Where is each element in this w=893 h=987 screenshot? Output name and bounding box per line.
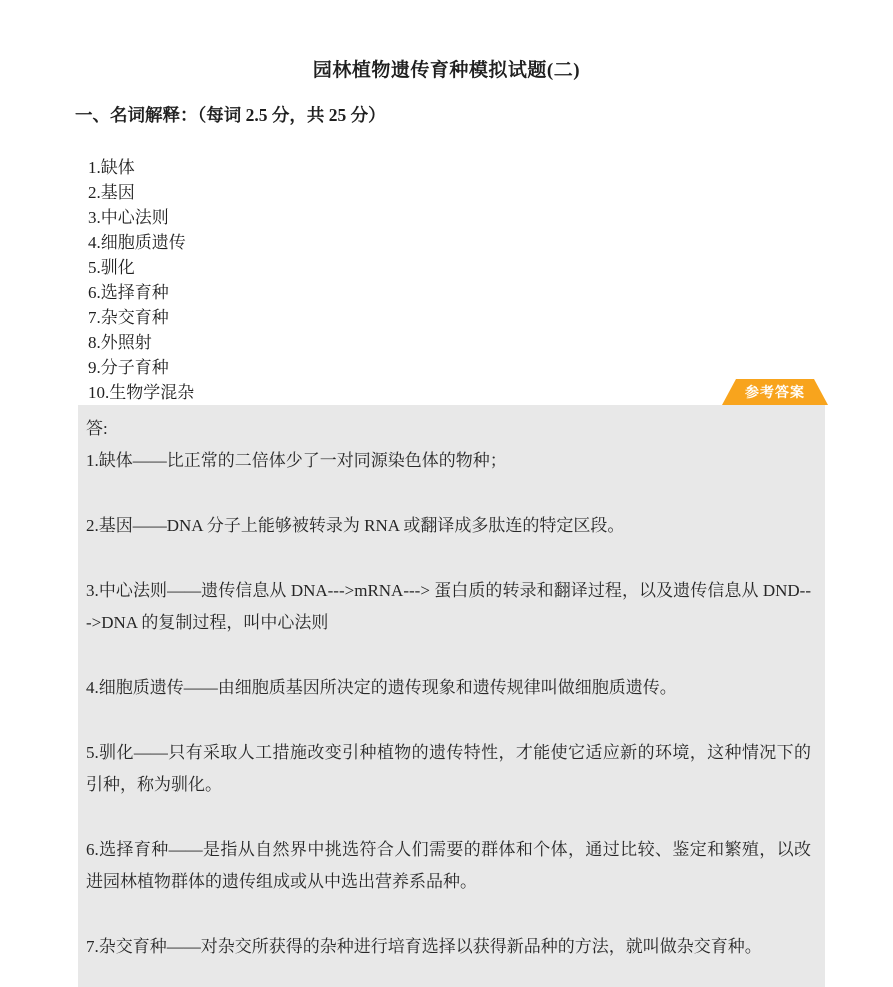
term-item: 9.分子育种 — [88, 355, 194, 380]
answer-item: 1.缺体——比正常的二倍体少了一对同源染色体的物种； — [86, 445, 811, 477]
term-item: 8.外照射 — [88, 330, 194, 355]
term-item: 7.杂交育种 — [88, 305, 194, 330]
exam-document-page: 园林植物遗传育种模拟试题(二) 一、名词解释：（每词 2.5 分，共 25 分）… — [0, 0, 893, 987]
term-item: 6.选择育种 — [88, 280, 194, 305]
answer-item: 6.选择育种——是指从自然界中挑选符合人们需要的群体和个体，通过比较、鉴定和繁殖… — [86, 834, 811, 898]
term-item: 5.驯化 — [88, 255, 194, 280]
term-item: 10.生物学混杂 — [88, 380, 194, 405]
answer-lead: 答: — [86, 413, 811, 445]
reference-answer-badge[interactable]: 参考答案 — [722, 379, 828, 405]
term-item: 3.中心法则 — [88, 205, 194, 230]
term-item: 1.缺体 — [88, 155, 194, 180]
answer-item: 4.细胞质遗传——由细胞质基因所决定的遗传现象和遗传规律叫做细胞质遗传。 — [86, 672, 811, 704]
term-item: 2.基因 — [88, 180, 194, 205]
answer-item: 5.驯化——只有采取人工措施改变引种植物的遗传特性，才能使它适应新的环境，这种情… — [86, 737, 811, 801]
answer-item: 3.中心法则——遗传信息从 DNA--->mRNA---> 蛋白质的转录和翻译过… — [86, 575, 811, 639]
section-heading: 一、名词解释：（每词 2.5 分，共 25 分） — [75, 102, 386, 127]
term-list: 1.缺体 2.基因 3.中心法则 4.细胞质遗传 5.驯化 6.选择育种 7.杂… — [88, 155, 194, 405]
term-item: 4.细胞质遗传 — [88, 230, 194, 255]
answer-panel: 答: 1.缺体——比正常的二倍体少了一对同源染色体的物种； 2.基因——DNA … — [78, 405, 825, 987]
answer-item: 2.基因——DNA 分子上能够被转录为 RNA 或翻译成多肽连的特定区段。 — [86, 510, 811, 542]
reference-answer-badge-label: 参考答案 — [745, 382, 805, 402]
page-title: 园林植物遗传育种模拟试题(二) — [0, 55, 893, 82]
answer-item: 7.杂交育种——对杂交所获得的杂种进行培育选择以获得新品种的方法，就叫做杂交育种… — [86, 931, 811, 963]
